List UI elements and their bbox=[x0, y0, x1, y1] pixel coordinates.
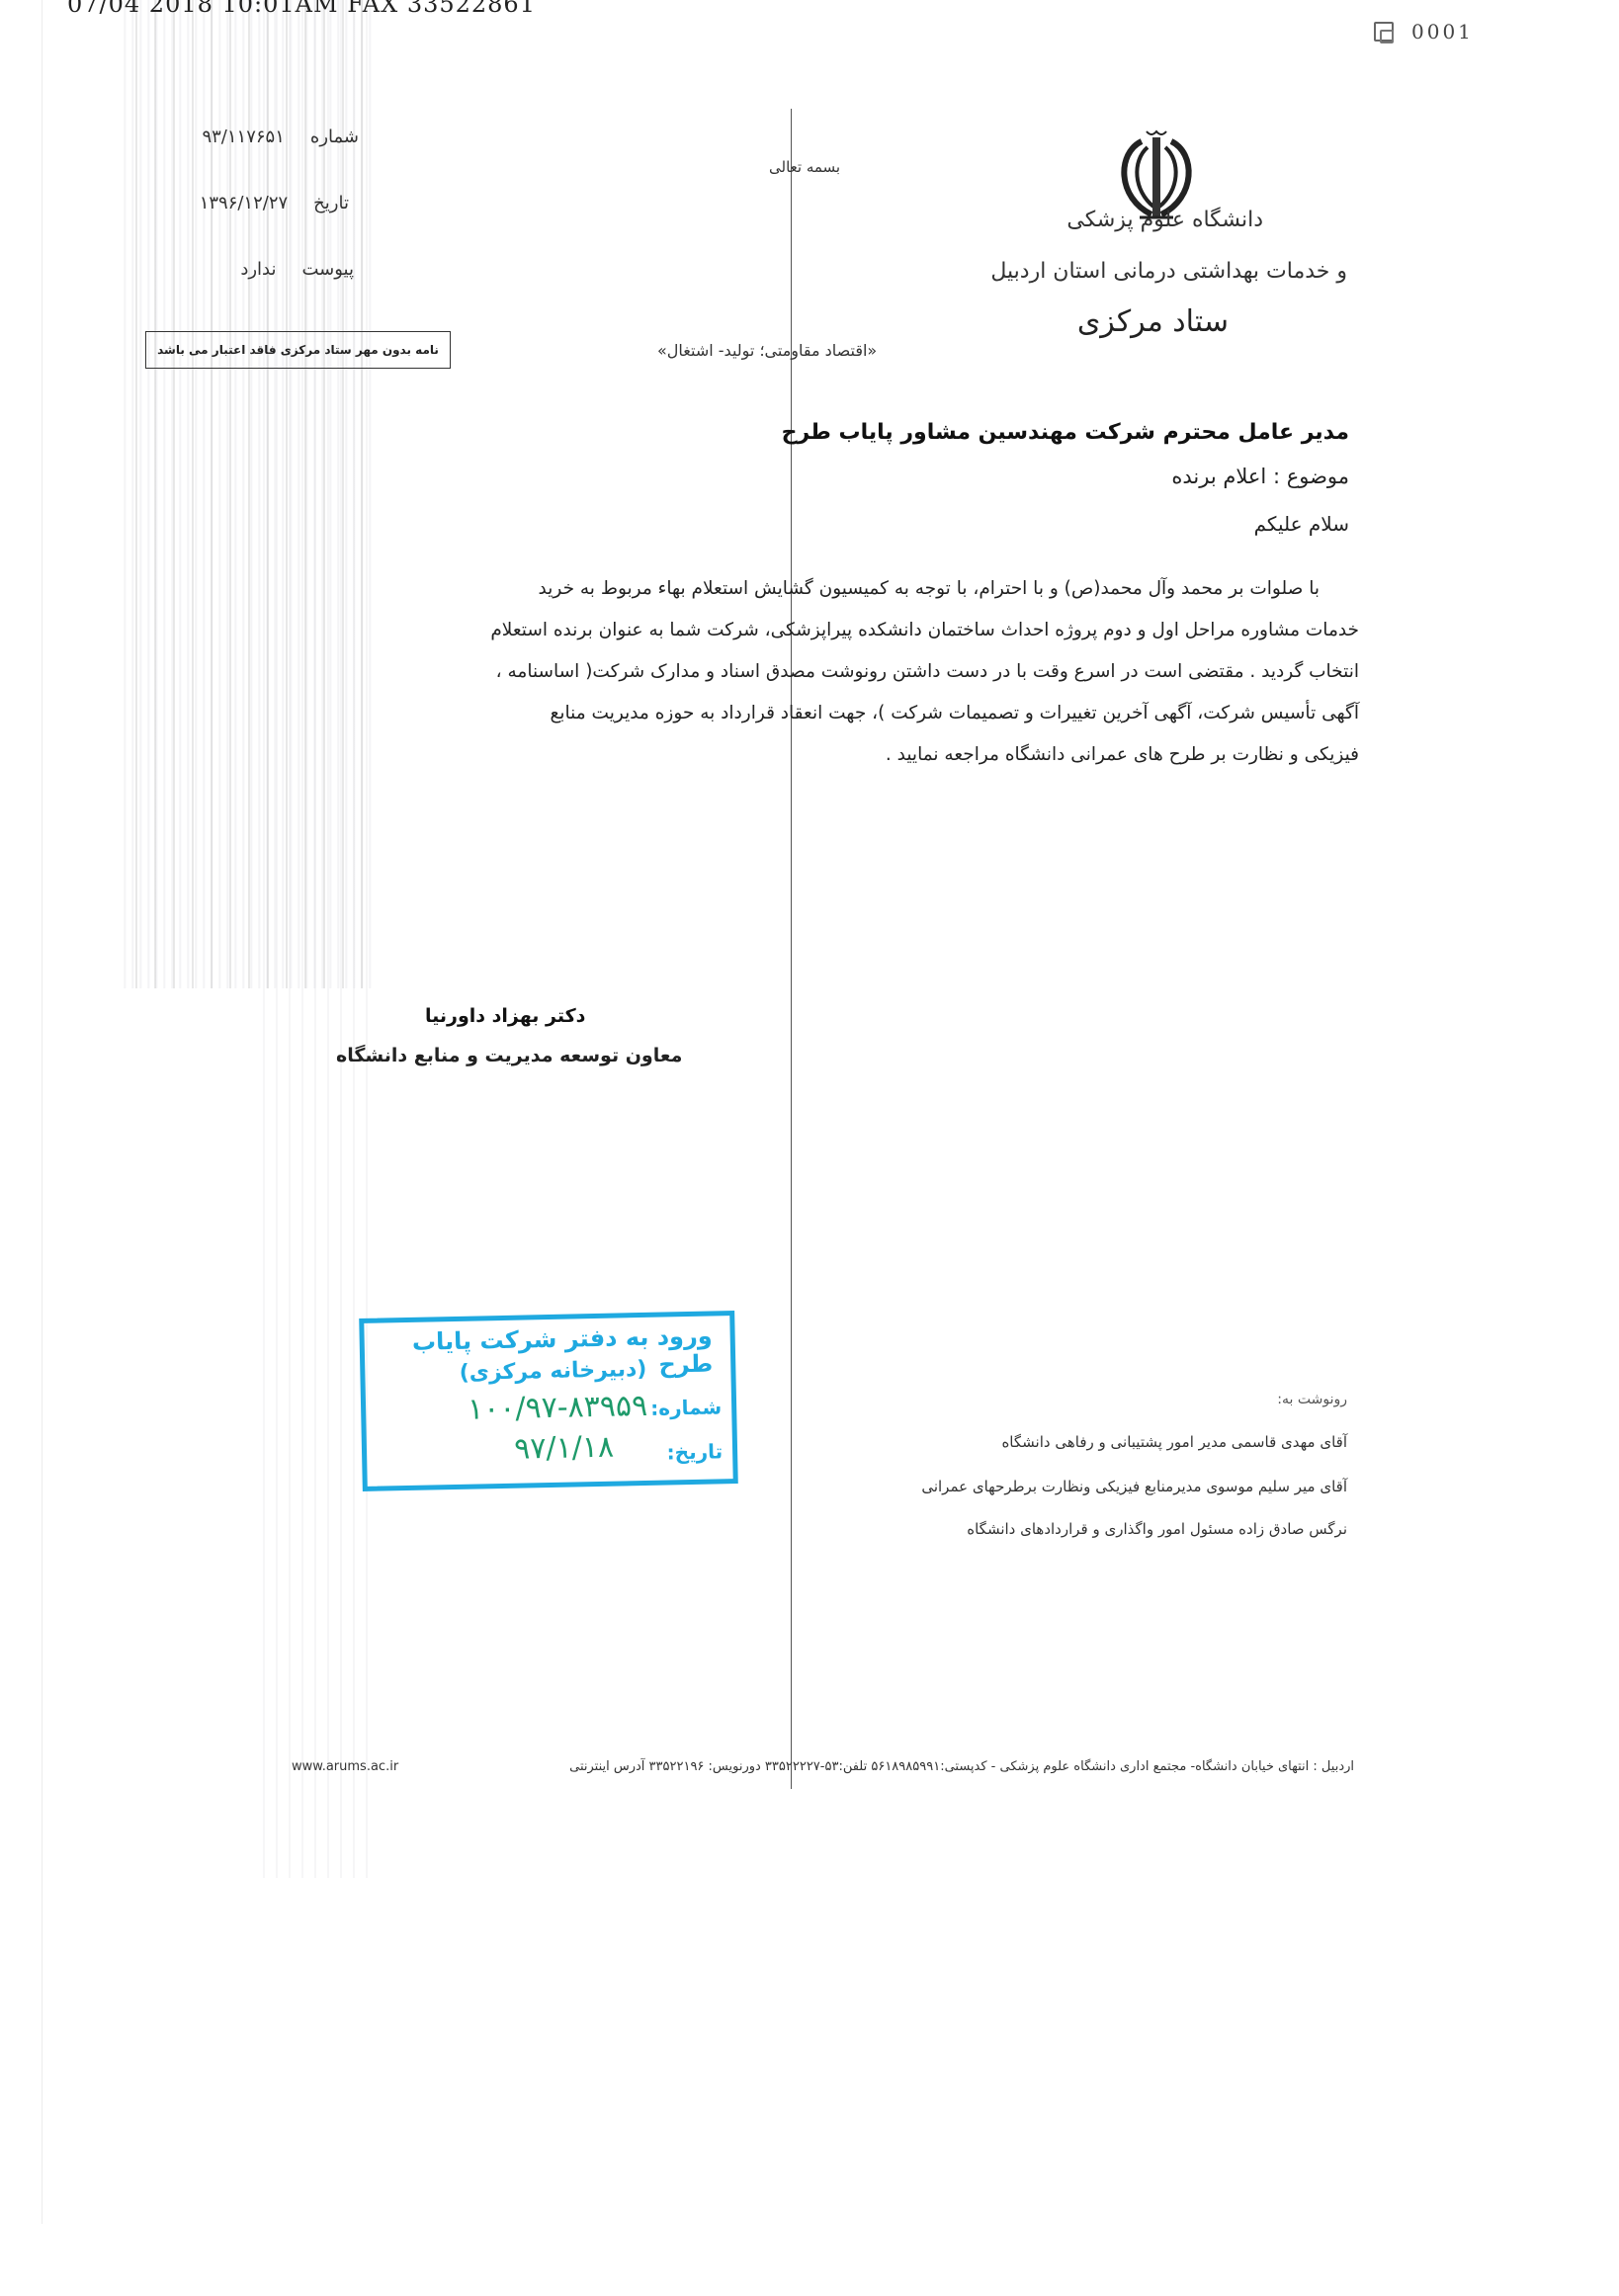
stamp-subtitle: (دبیرخانه مرکزی) bbox=[459, 1357, 646, 1386]
stamp-number-label: شماره: bbox=[650, 1395, 722, 1420]
cc-label: رونوشت به: bbox=[1277, 1392, 1347, 1407]
receipt-stamp: ورود به دفتر شرکت پایاب طرح (دبیرخانه مر… bbox=[359, 1311, 738, 1491]
greeting: سلام علیکم bbox=[1254, 512, 1349, 536]
fax-page-icon bbox=[1374, 22, 1394, 42]
cc-item: آقای مهدی قاسمی مدیر امور پشتیبانی و رفا… bbox=[1001, 1433, 1347, 1451]
stamp-date-label: تاریخ: bbox=[666, 1439, 723, 1464]
date-value: ۱۳۹۶/۱۲/۲۷ bbox=[200, 193, 288, 213]
page-number: 0001 bbox=[1411, 20, 1474, 43]
stamp-date-value: ۹۷/۱/۱۸ bbox=[514, 1430, 614, 1467]
meta-date-row: تاریخ ۱۳۹۶/۱۲/۲۷ bbox=[200, 193, 349, 213]
stamp-notice-box: نامه بدون مهر ستاد مرکزی فاقد اعتبار می … bbox=[145, 331, 451, 369]
subject-line: موضوع : اعلام برنده bbox=[1171, 465, 1349, 488]
footer-address: اردبیل : انتهای خیابان دانشگاه- مجتمع اد… bbox=[292, 1759, 1354, 1774]
meta-number-row: شماره ۹۳/۱۱۷۶۵۱ bbox=[202, 127, 359, 147]
bismillah: بسمه تعالی bbox=[769, 158, 840, 176]
date-label: تاریخ bbox=[313, 193, 349, 213]
university-subtitle: و خدمات بهداشتی درمانی استان اردبیل bbox=[990, 259, 1347, 284]
addressee: مدیر عامل محترم شرکت مهندسین مشاور پایاب… bbox=[782, 420, 1349, 445]
fax-header: 07/04 2018 10:01AM FAX 33522861 bbox=[67, 0, 536, 18]
body-line: با صلوات بر محمد وآل محمد(ص) و با احترام… bbox=[272, 568, 1359, 610]
cc-item: آقای میر سلیم موسوی مدیرمنابع فیزیکی ونظ… bbox=[921, 1478, 1347, 1495]
page-mark: 0001 bbox=[1374, 20, 1474, 43]
meta-attachment-row: پیوست ندارد bbox=[240, 259, 354, 280]
body-line: انتخاب گردید . مقتضی است در اسرع وقت با … bbox=[272, 651, 1359, 693]
signer-title: معاون توسعه مدیریت و منابع دانشگاه bbox=[336, 1045, 682, 1066]
letter-body: با صلوات بر محمد وآل محمد(ص) و با احترام… bbox=[272, 568, 1359, 776]
number-value: ۹۳/۱۱۷۶۵۱ bbox=[202, 127, 284, 147]
scan-edge-line bbox=[42, 0, 43, 2224]
body-line: آگهی تأسیس شرکت، آگهی آخرین تغییرات و تص… bbox=[272, 693, 1359, 734]
stamp-number-value: ۱۰۰/۹۷-۸۳۹۵۹ bbox=[468, 1389, 648, 1427]
cc-item: نرگس صادق زاده مسئول امور واگذاری و قرار… bbox=[967, 1520, 1347, 1538]
fax-noise-artifact bbox=[252, 0, 371, 1878]
attachment-value: ندارد bbox=[240, 259, 276, 280]
body-line: فیزیکی و نظارت بر طرح های عمرانی دانشگاه… bbox=[272, 734, 1359, 776]
body-line: خدمات مشاوره مراحل اول و دوم پروژه احداث… bbox=[272, 610, 1359, 651]
number-label: شماره bbox=[310, 127, 359, 147]
website-url: www.arums.ac.ir bbox=[292, 1759, 398, 1774]
university-name: دانشگاه علوم پزشکی bbox=[1066, 208, 1263, 232]
department-name: ستاد مرکزی bbox=[1077, 304, 1229, 339]
slogan: «اقتصاد مقاومتی؛ تولید- اشتغال» bbox=[657, 341, 877, 360]
page-fold-line bbox=[791, 109, 792, 1789]
signer-name: دکتر بهزاد داورنیا bbox=[425, 1005, 585, 1027]
attachment-label: پیوست bbox=[302, 259, 355, 280]
footer: www.arums.ac.ir اردبیل : انتهای خیابان د… bbox=[292, 1759, 1354, 1774]
